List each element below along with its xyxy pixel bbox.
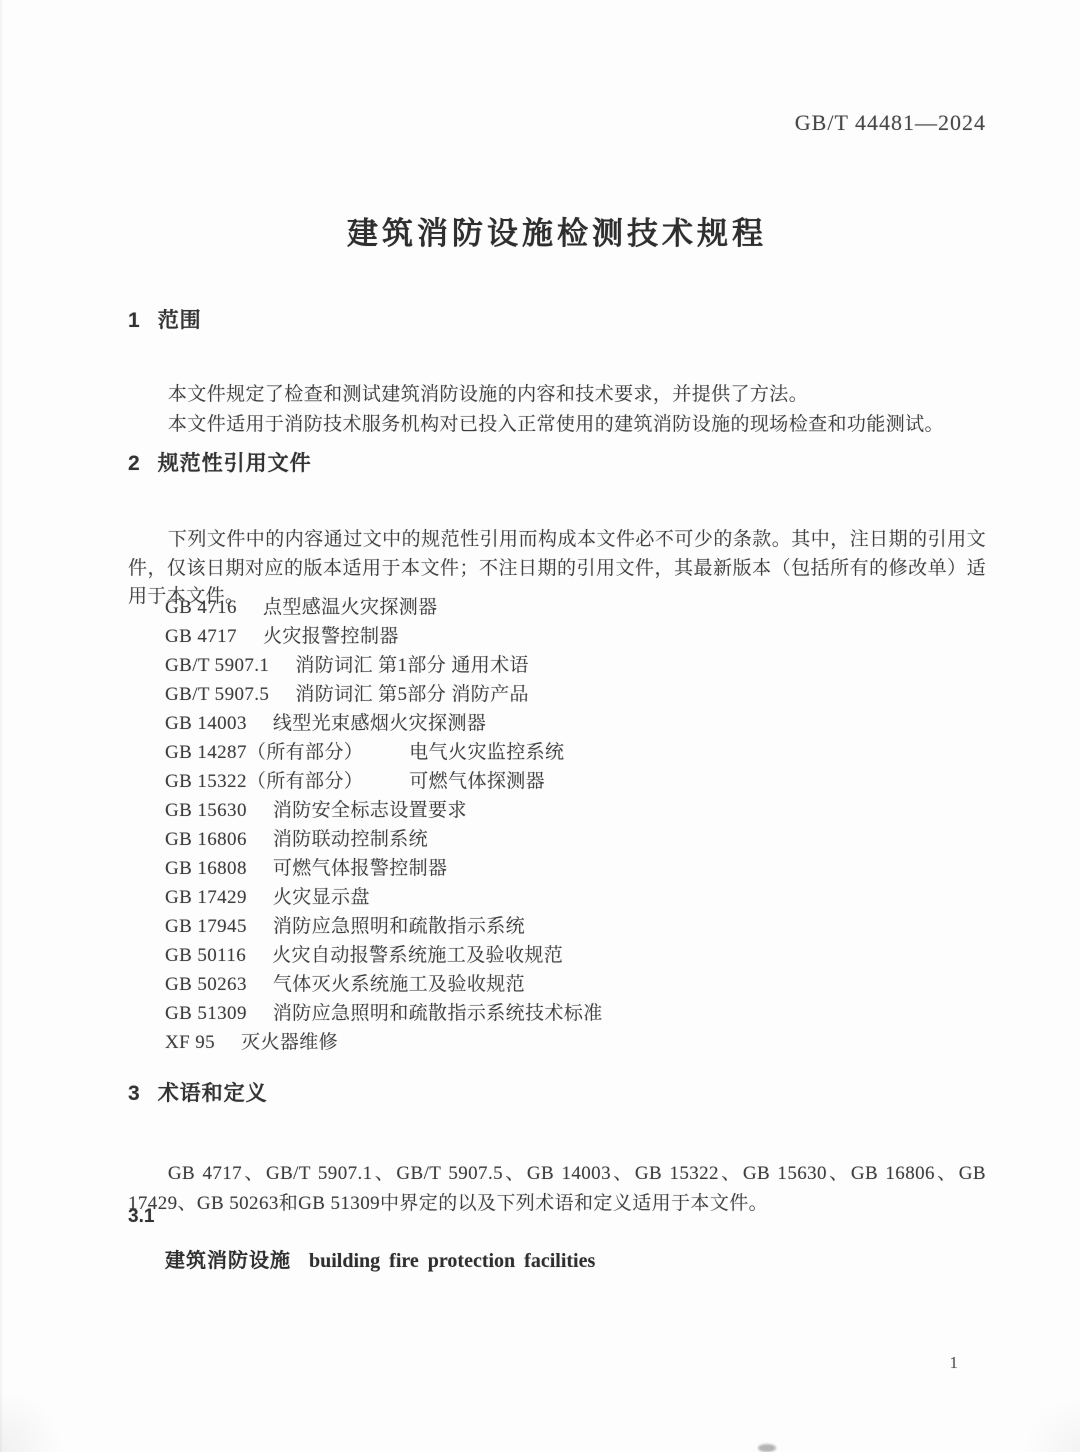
reference-title: 火灾报警控制器 bbox=[263, 626, 399, 647]
section-number: 1 bbox=[128, 307, 141, 335]
reference-code: GB/T 5907.1 bbox=[165, 651, 269, 680]
reference-title: 消防词汇 第5部分 消防产品 bbox=[295, 684, 529, 705]
clause-number: 3.1 bbox=[128, 1204, 986, 1230]
reference-item: GB 17945消防应急照明和疏散指示系统 bbox=[128, 912, 986, 941]
reference-title: 可燃气体报警控制器 bbox=[273, 858, 448, 879]
reference-code: GB 17429 bbox=[165, 883, 247, 912]
reference-code: GB 15630 bbox=[165, 796, 247, 825]
reference-item: GB 51309消防应急照明和疏散指示系统技术标准 bbox=[128, 999, 986, 1028]
reference-title: 消防安全标志设置要求 bbox=[273, 800, 467, 821]
reference-item: XF 95灭火器维修 bbox=[128, 1028, 986, 1057]
reference-code: XF 95 bbox=[165, 1028, 215, 1057]
reference-title: 电气火灾监控系统 bbox=[409, 742, 564, 763]
term-chinese: 建筑消防设施 bbox=[165, 1250, 291, 1272]
reference-title: 消防词汇 第1部分 通用术语 bbox=[295, 655, 529, 676]
reference-title: 火灾显示盘 bbox=[273, 887, 370, 908]
section-number: 3 bbox=[128, 1080, 141, 1108]
reference-title: 灭火器维修 bbox=[241, 1032, 338, 1053]
reference-code: GB 14287（所有部分） bbox=[165, 738, 363, 767]
reference-code: GB 15322（所有部分） bbox=[165, 767, 363, 796]
section-heading-text: 术语和定义 bbox=[158, 1082, 268, 1105]
reference-item: GB 16806消防联动控制系统 bbox=[128, 825, 986, 854]
scope-paragraph: 本文件适用于消防技术服务机构对已投入正常使用的建筑消防设施的现场检查和功能测试。 bbox=[128, 410, 986, 439]
reference-item: GB 14003线型光束感烟火灾探测器 bbox=[128, 709, 986, 738]
reference-item: GB 50116火灾自动报警系统施工及验收规范 bbox=[128, 941, 986, 970]
reference-item: GB 4716点型感温火灾探测器 bbox=[128, 593, 986, 622]
reference-code: GB 50263 bbox=[165, 970, 247, 999]
section-references-heading: 2规范性引用文件 bbox=[128, 450, 986, 478]
reference-code: GB/T 5907.5 bbox=[165, 680, 269, 709]
term-english: building fire protection facilities bbox=[309, 1250, 595, 1272]
reference-title: 气体灭火系统施工及验收规范 bbox=[273, 974, 525, 995]
reference-title: 线型光束感烟火灾探测器 bbox=[273, 713, 486, 734]
doc-title: 建筑消防设施检测技术规程 bbox=[128, 213, 986, 255]
section-terms-heading: 3术语和定义 bbox=[128, 1080, 986, 1108]
reference-code: GB 50116 bbox=[165, 941, 246, 970]
scan-artifact bbox=[758, 1444, 776, 1452]
standard-document-page: GB/T 44481—2024 建筑消防设施检测技术规程 1范围 本文件规定了检… bbox=[0, 0, 1080, 1452]
page-number: 1 bbox=[128, 1352, 986, 1374]
section-scope-heading: 1范围 bbox=[128, 307, 986, 335]
reference-code: GB 4716 bbox=[165, 593, 237, 622]
reference-title: 点型感温火灾探测器 bbox=[263, 597, 438, 618]
section-heading-text: 范围 bbox=[158, 309, 202, 332]
reference-item: GB 4717火灾报警控制器 bbox=[128, 622, 986, 651]
reference-title: 可燃气体探测器 bbox=[409, 771, 545, 792]
reference-title: 消防联动控制系统 bbox=[273, 829, 428, 850]
references-list: GB 4716点型感温火灾探测器 GB 4717火灾报警控制器 GB/T 590… bbox=[128, 593, 986, 1057]
reference-item: GB/T 5907.1消防词汇 第1部分 通用术语 bbox=[128, 651, 986, 680]
reference-code: GB 51309 bbox=[165, 999, 247, 1028]
reference-code: GB 16808 bbox=[165, 854, 247, 883]
reference-item: GB 50263气体灭火系统施工及验收规范 bbox=[128, 970, 986, 999]
reference-item: GB 14287（所有部分）电气火灾监控系统 bbox=[128, 738, 986, 767]
reference-item: GB/T 5907.5消防词汇 第5部分 消防产品 bbox=[128, 680, 986, 709]
reference-item: GB 15630消防安全标志设置要求 bbox=[128, 796, 986, 825]
scope-paragraph: 本文件规定了检查和测试建筑消防设施的内容和技术要求，并提供了方法。 bbox=[128, 380, 986, 409]
reference-title: 火灾自动报警系统施工及验收规范 bbox=[272, 945, 563, 966]
reference-code: GB 4717 bbox=[165, 622, 237, 651]
reference-item: GB 15322（所有部分）可燃气体探测器 bbox=[128, 767, 986, 796]
reference-item: GB 17429火灾显示盘 bbox=[128, 883, 986, 912]
section-number: 2 bbox=[128, 450, 141, 478]
reference-item: GB 16808可燃气体报警控制器 bbox=[128, 854, 986, 883]
reference-code: GB 14003 bbox=[165, 709, 247, 738]
reference-title: 消防应急照明和疏散指示系统技术标准 bbox=[273, 1003, 603, 1024]
reference-title: 消防应急照明和疏散指示系统 bbox=[273, 916, 525, 937]
term-definition-line: 建筑消防设施building fire protection facilitie… bbox=[128, 1248, 1023, 1275]
reference-code: GB 17945 bbox=[165, 912, 247, 941]
doc-code: GB/T 44481—2024 bbox=[128, 108, 986, 138]
reference-code: GB 16806 bbox=[165, 825, 247, 854]
section-heading-text: 规范性引用文件 bbox=[158, 452, 312, 475]
